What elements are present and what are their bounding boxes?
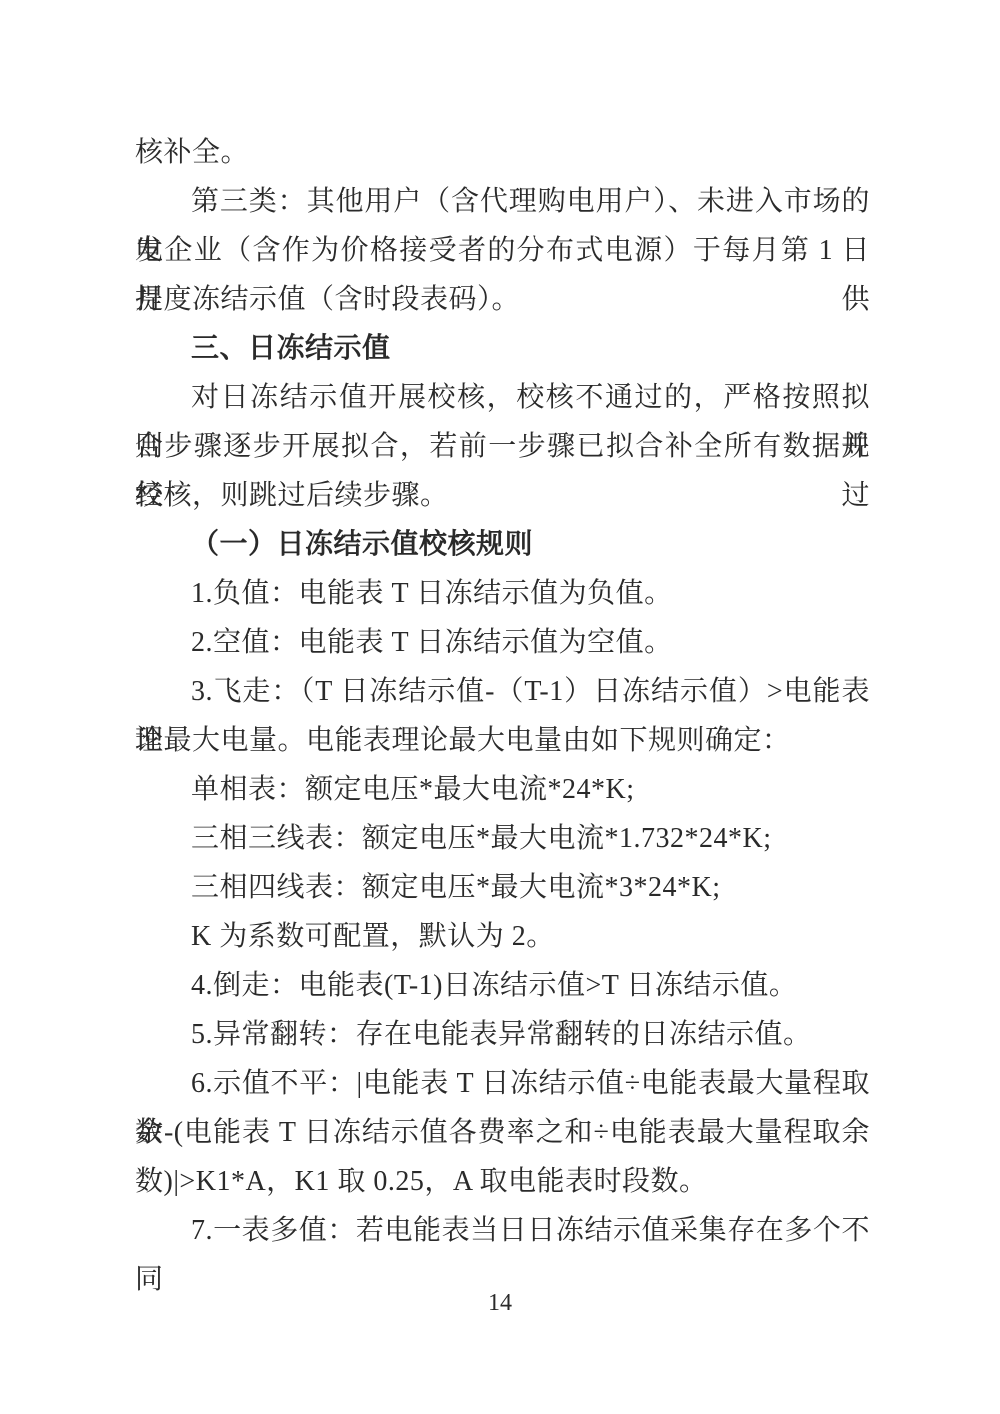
list-item-line: 3.飞走：（T 日冻结示值-（T-1）日冻结示值）>电能表理 [135,667,870,716]
document-body: 核补全。 第三类：其他用户（含代理购电用户）、未进入市场的发 电企业（含作为价格… [135,128,870,1255]
page-number: 14 [0,1290,1000,1317]
subsection-heading: （一）日冻结示值校核规则 [135,520,870,569]
paragraph-line: 数)|>K1*A，K1 取 0.25，A 取电能表时段数。 [135,1157,870,1206]
list-item-line: 7.一表多值：若电能表当日日冻结示值采集存在多个不同 [135,1206,870,1255]
paragraph-line: 电企业（含作为价格接受者的分布式电源）于每月第 1 日提供 [135,226,870,275]
section-heading: 三、日冻结示值 [135,324,870,373]
list-item-line: 2.空值：电能表 T 日冻结示值为空值。 [135,618,870,667]
paragraph-line: 对日冻结示值开展校核，校核不通过的，严格按照拟合规 [135,373,870,422]
formula-line: 单相表：额定电压*最大电流*24*K; [135,765,870,814]
document-page: 核补全。 第三类：其他用户（含代理购电用户）、未进入市场的发 电企业（含作为价格… [0,0,1000,1414]
paragraph-line: 数-(电能表 T 日冻结示值各费率之和÷电能表最大量程取余 [135,1108,870,1157]
paragraph-line: K 为系数可配置，默认为 2。 [135,912,870,961]
paragraph-line: 则步骤逐步开展拟合，若前一步骤已拟合补全所有数据并经过 [135,422,870,471]
paragraph-line: 论最大电量。电能表理论最大电量由如下规则确定： [135,716,870,765]
list-item-line: 4.倒走：电能表(T-1)日冻结示值>T 日冻结示值。 [135,961,870,1010]
list-item-line: 1.负值：电能表 T 日冻结示值为负值。 [135,569,870,618]
formula-line: 三相三线表：额定电压*最大电流*1.732*24*K; [135,814,870,863]
list-item-line: 6.示值不平：|电能表 T 日冻结示值÷电能表最大量程取余 [135,1059,870,1108]
paragraph-line: 核补全。 [135,128,870,177]
list-item-line: 5.异常翻转：存在电能表异常翻转的日冻结示值。 [135,1010,870,1059]
paragraph-line: 第三类：其他用户（含代理购电用户）、未进入市场的发 [135,177,870,226]
formula-line: 三相四线表：额定电压*最大电流*3*24*K; [135,863,870,912]
